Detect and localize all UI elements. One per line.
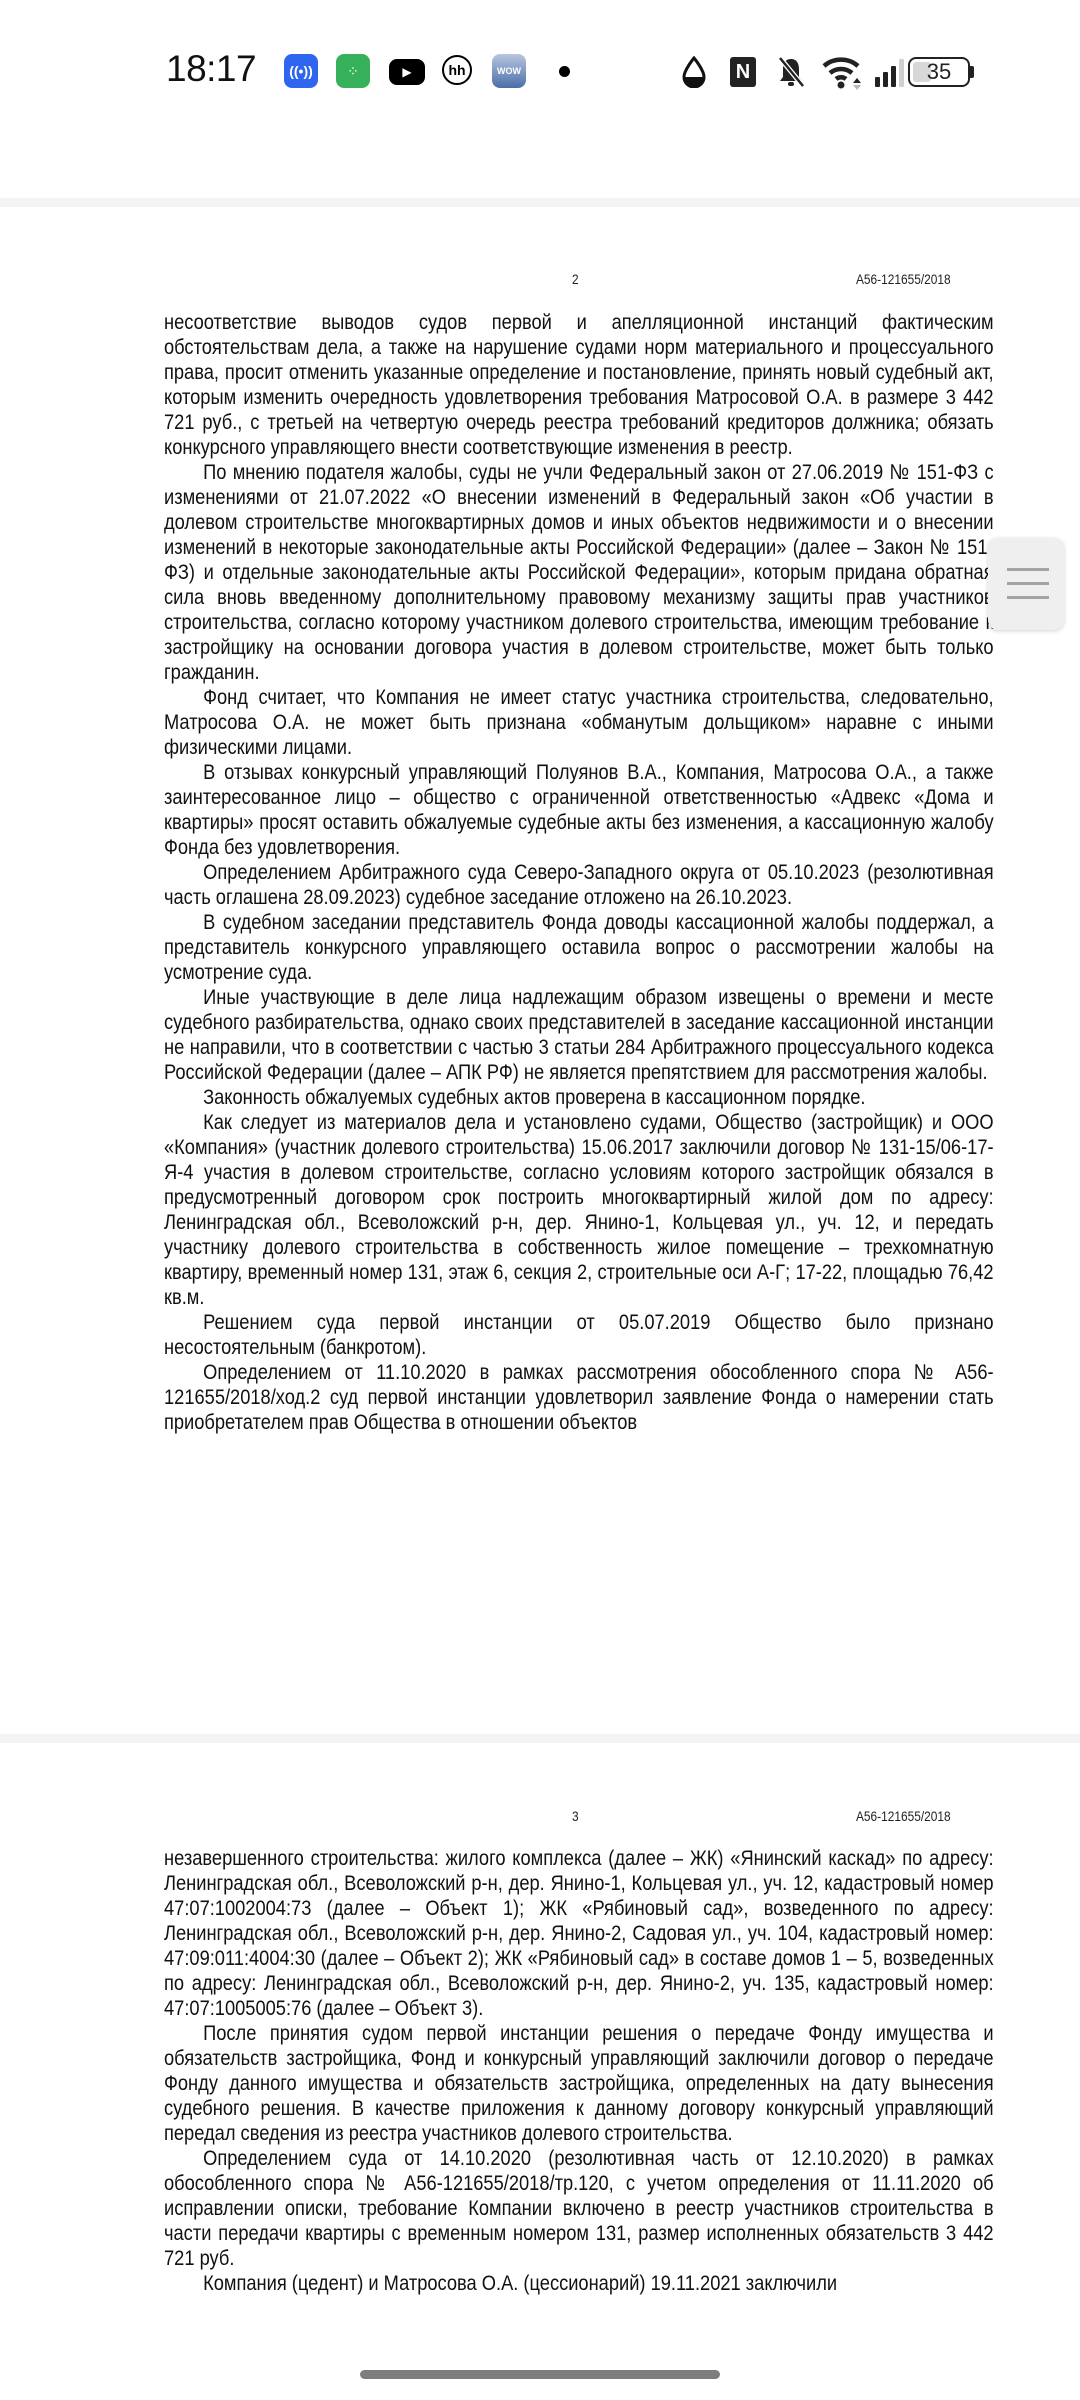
document-page-3: 3 А56-121655/2018 незавершенного строите… — [0, 1743, 1080, 2400]
page-body: несоответствие выводов судов первой и ап… — [164, 310, 994, 1435]
page-body: незавершенного строительства: жилого ком… — [164, 1846, 994, 2296]
paragraph: В отзывах конкурсный управляющий Полуяно… — [164, 760, 994, 860]
page-number: 3 — [572, 1808, 579, 1824]
hh-icon: hh — [442, 55, 472, 85]
clock: 18:17 — [166, 48, 256, 90]
paragraph: Компания (цедент) и Матросова О.А. (цесс… — [164, 2271, 994, 2296]
signal-icon — [875, 58, 905, 88]
wifi-icon — [822, 54, 866, 90]
wow-game-icon: WOW — [492, 54, 526, 88]
case-number-header: А56-121655/2018 — [856, 271, 951, 287]
page-separator — [0, 1734, 1080, 1743]
paragraph: Определением суда от 14.10.2020 (резолют… — [164, 2146, 994, 2271]
paragraph: Решением суда первой инстанции от 05.07.… — [164, 1310, 994, 1360]
paragraph: Как следует из материалов дела и установ… — [164, 1110, 994, 1310]
youtube-icon: ▶ — [389, 59, 425, 85]
case-number-header: А56-121655/2018 — [856, 1808, 951, 1824]
paragraph: Иные участвующие в деле лица надлежащим … — [164, 985, 994, 1085]
paragraph: Определением Арбитражного суда Северо-За… — [164, 860, 994, 910]
floating-menu-button[interactable] — [988, 538, 1064, 630]
paragraph: По мнению подателя жалобы, суды не учли … — [164, 460, 994, 685]
green-app-icon: ⁘ — [336, 54, 370, 88]
status-bar: 18:17 ((•)) ⁘ ▶ hh WOW N 35 — [0, 0, 1080, 150]
document-page-2: 2 А56-121655/2018 несоответствие выводов… — [0, 207, 1080, 1734]
page-separator — [0, 198, 1080, 207]
paragraph: Определением от 11.10.2020 в рамках расс… — [164, 1360, 994, 1435]
gesture-home-bar[interactable] — [360, 2370, 720, 2379]
paragraph: После принятия судом первой инстанции ре… — [164, 2021, 994, 2146]
battery-saver-drop-icon — [681, 56, 707, 88]
battery-cap — [970, 66, 974, 78]
battery-level: 35 — [910, 59, 968, 85]
nfc-icon: N — [730, 57, 756, 87]
radio-app-icon: ((•)) — [284, 54, 318, 88]
paragraph: несоответствие выводов судов первой и ап… — [164, 310, 994, 460]
mute-bell-icon — [776, 55, 806, 89]
paragraph: В судебном заседании представитель Фонда… — [164, 910, 994, 985]
more-dot-icon — [559, 66, 570, 77]
paragraph: незавершенного строительства: жилого ком… — [164, 1846, 994, 2021]
battery-icon: 35 — [908, 57, 970, 87]
paragraph: Законность обжалуемых судебных актов про… — [164, 1085, 994, 1110]
page-number: 2 — [572, 271, 579, 287]
paragraph: Фонд считает, что Компания не имеет стат… — [164, 685, 994, 760]
